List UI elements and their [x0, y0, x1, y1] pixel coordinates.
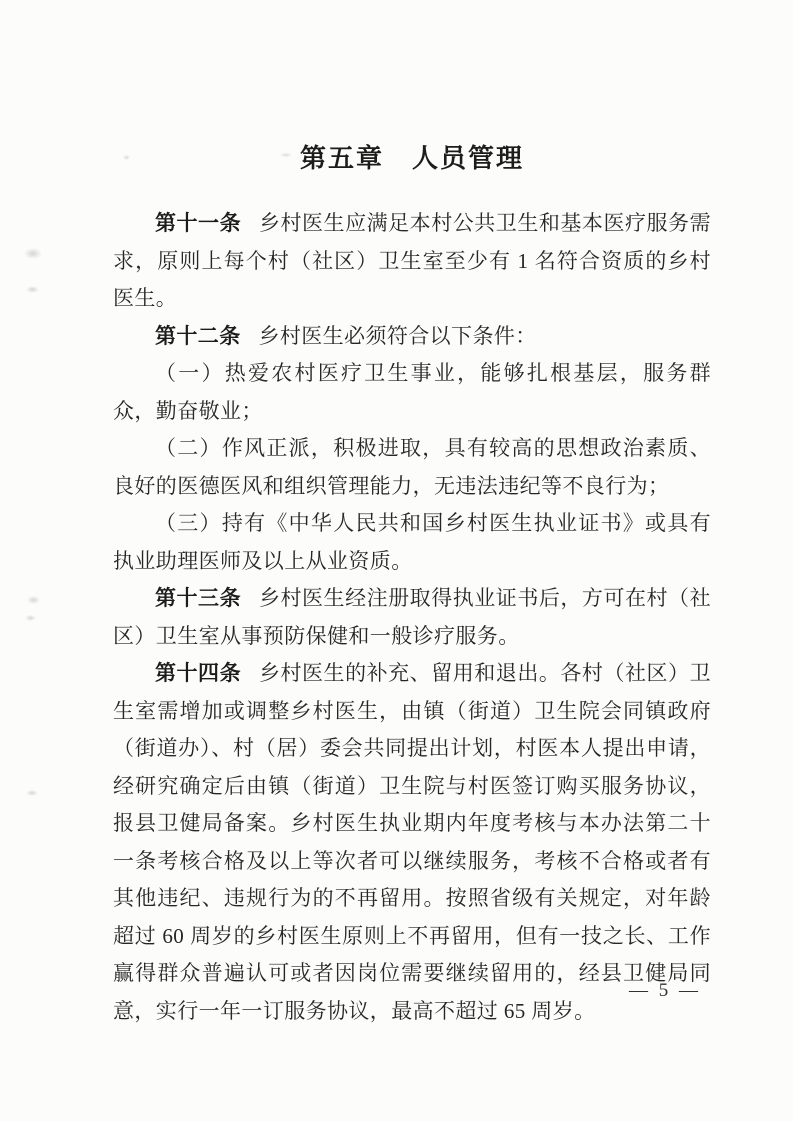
- paragraph-clause-2: （二）作风正派，积极进取，具有较高的思想政治素质、良好的医德医风和组织管理能力，…: [113, 430, 711, 505]
- article-14-number: 第十四条: [155, 662, 241, 685]
- scan-smudge: [24, 248, 42, 259]
- paragraph-article-12: 第十二条乡村医生必须符合以下条件：: [113, 318, 711, 356]
- scan-smudge: [27, 596, 40, 604]
- paragraph-article-13: 第十三条乡村医生经注册取得执业证书后，方可在村（社区）卫生室从事预防保健和一般诊…: [113, 580, 711, 655]
- article-11-number: 第十一条: [155, 212, 241, 235]
- chapter-title: 第五章 人员管理: [113, 141, 711, 175]
- clause-2-text: （二）作风正派，积极进取，具有较高的思想政治素质、良好的医德医风和组织管理能力，…: [113, 436, 711, 498]
- scan-smudge: [25, 615, 36, 621]
- article-13-number: 第十三条: [155, 587, 241, 610]
- paragraph-clause-1: （一）热爱农村医疗卫生事业，能够扎根基层，服务群众，勤奋敬业；: [113, 355, 711, 430]
- document-content: 第五章 人员管理 第十一条乡村医生应满足本村公共卫生和基本医疗服务需求，原则上每…: [113, 0, 711, 1030]
- article-12-text: 乡村医生必须符合以下条件：: [258, 324, 536, 348]
- document-page: 第五章 人员管理 第十一条乡村医生应满足本村公共卫生和基本医疗服务需求，原则上每…: [0, 0, 793, 1121]
- document-body: 第十一条乡村医生应满足本村公共卫生和基本医疗服务需求，原则上每个村（社区）卫生室…: [113, 205, 711, 1030]
- page-number: — 5 —: [629, 980, 701, 1002]
- paragraph-article-11: 第十一条乡村医生应满足本村公共卫生和基本医疗服务需求，原则上每个村（社区）卫生室…: [113, 205, 711, 318]
- scan-smudge: [26, 286, 39, 293]
- article-14-text: 乡村医生的补充、留用和退出。各村（社区）卫生室需增加或调整乡村医生，由镇（街道）…: [113, 661, 711, 1023]
- scan-smudge: [26, 790, 38, 796]
- clause-1-text: （一）热爱农村医疗卫生事业，能够扎根基层，服务群众，勤奋敬业；: [113, 361, 711, 423]
- article-12-number: 第十二条: [155, 325, 241, 348]
- clause-3-text: （三）持有《中华人民共和国乡村医生执业证书》或具有执业助理医师及以上从业资质。: [113, 511, 711, 573]
- paragraph-clause-3: （三）持有《中华人民共和国乡村医生执业证书》或具有执业助理医师及以上从业资质。: [113, 505, 711, 580]
- paragraph-article-14: 第十四条乡村医生的补充、留用和退出。各村（社区）卫生室需增加或调整乡村医生，由镇…: [113, 655, 711, 1030]
